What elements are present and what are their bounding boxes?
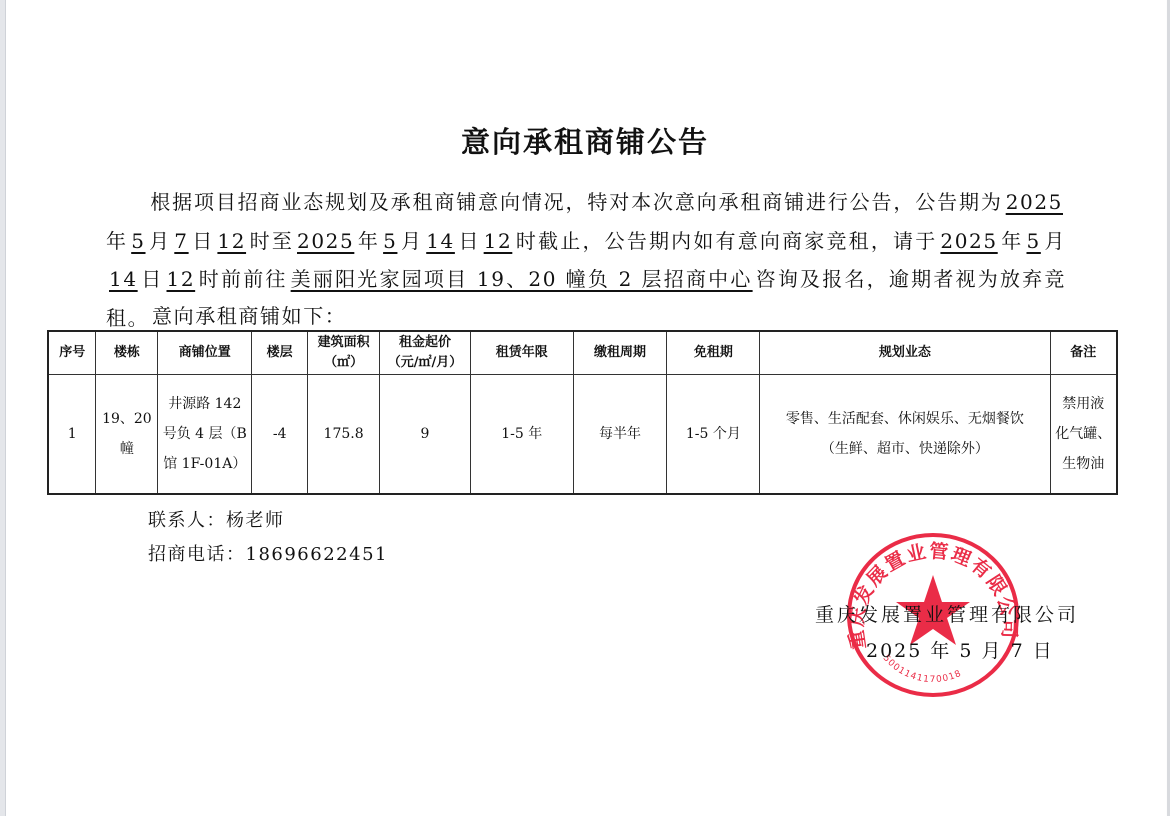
cell-building-line1: 19、20 <box>100 404 153 434</box>
header-area-line2: （㎡） <box>312 353 375 373</box>
header-rent-line2: （元/㎡/月） <box>384 353 466 373</box>
header-business: 规划业态 <box>760 331 1050 375</box>
text: 月 <box>1044 229 1066 253</box>
cell-business: 零售、生活配套、休闲娱乐、无烟餐饮（生鲜、超市、快递除外） <box>760 375 1050 495</box>
text: 日 <box>458 229 481 253</box>
cell-building-line2: 幢 <box>100 434 153 464</box>
cell-pay-cycle: 每半年 <box>573 375 667 495</box>
cell-remarks-line2: 化气罐、 <box>1055 419 1112 449</box>
cell-position-line1: 井源路 142 <box>162 389 247 419</box>
reg-year: 2025 <box>937 229 1000 253</box>
cell-position-line2: 号负 4 层（B <box>162 419 247 449</box>
header-no: 序号 <box>48 331 96 375</box>
contact-phone-label: 招商电话： <box>148 544 246 565</box>
text: 时截止，公告期内如有意向商家竞租，请于 <box>515 229 937 253</box>
header-floor: 楼层 <box>252 331 308 375</box>
header-free-period: 免租期 <box>667 331 760 375</box>
table-row: 1 19、20幢 井源路 142号负 4 层（B馆 1F-01A） -4 175… <box>48 375 1117 495</box>
cell-floor: -4 <box>252 375 308 495</box>
header-area-line1: 建筑面积 <box>312 333 375 353</box>
cell-no: 1 <box>48 375 96 495</box>
start-year: 2025 <box>1003 190 1066 214</box>
signature-date: 2025 年 5 月 7 日 <box>866 636 1054 663</box>
end-year: 2025 <box>294 229 357 253</box>
reg-hour: 12 <box>164 267 199 291</box>
cell-free-period: 1-5 个月 <box>667 375 760 495</box>
reg-month: 5 <box>1024 229 1044 253</box>
text: 日 <box>192 229 215 253</box>
cell-position: 井源路 142号负 4 层（B馆 1F-01A） <box>158 375 252 495</box>
end-hour: 12 <box>481 229 516 253</box>
reg-day: 14 <box>106 267 141 291</box>
text: 月 <box>149 229 172 253</box>
text: 年 <box>106 229 128 253</box>
text: 根据项目招商业态规划及承租商铺意向情况，特对本次意向承租商铺进行公告，公告期为 <box>150 190 1003 214</box>
start-day: 7 <box>171 229 191 253</box>
cell-remarks-line1: 禁用液 <box>1055 389 1112 419</box>
start-month: 5 <box>128 229 148 253</box>
cell-term: 1-5 年 <box>470 375 573 495</box>
text: 时前前往 <box>198 267 287 291</box>
document-title: 意向承租商铺公告 <box>0 120 1170 161</box>
header-remarks: 备注 <box>1050 331 1117 375</box>
header-rent: 租金起价（元/㎡/月） <box>380 331 471 375</box>
cell-business-line1: 零售、生活配套、休闲娱乐、无烟餐饮 <box>764 404 1045 434</box>
text: 年 <box>357 229 380 253</box>
cell-position-line3: 馆 1F-01A） <box>162 449 247 479</box>
contact-person-label: 联系人： <box>148 510 226 531</box>
header-term: 租赁年限 <box>470 331 573 375</box>
end-day: 14 <box>423 229 458 253</box>
start-hour: 12 <box>214 229 249 253</box>
header-building: 楼栋 <box>96 331 158 375</box>
signature-company: 重庆发展置业管理有限公司 <box>815 600 1079 627</box>
text: 月 <box>400 229 423 253</box>
cell-business-line2: （生鲜、超市、快递除外） <box>764 434 1045 464</box>
end-month: 5 <box>380 229 400 253</box>
contact-person-name: 杨老师 <box>226 510 285 531</box>
registration-location: 美丽阳光家园项目 19、20 幢负 2 层招商中心 <box>288 267 756 291</box>
header-area: 建筑面积（㎡） <box>308 331 380 375</box>
text: 时至 <box>249 229 294 253</box>
cell-rent: 9 <box>380 375 471 495</box>
cell-remarks: 禁用液化气罐、生物油 <box>1050 375 1117 495</box>
cell-remarks-line3: 生物油 <box>1055 449 1112 479</box>
header-pay-cycle: 缴租周期 <box>573 331 667 375</box>
header-rent-line1: 租金起价 <box>384 333 466 353</box>
text: 年 <box>1001 229 1024 253</box>
table-intro: 意向承租商铺如下： <box>152 300 346 329</box>
text: 日 <box>141 267 164 291</box>
contact-phone-number: 18696622451 <box>246 544 388 565</box>
table-header-row: 序号 楼栋 商铺位置 楼层 建筑面积（㎡） 租金起价（元/㎡/月） 租赁年限 缴… <box>48 331 1117 375</box>
contact-person: 联系人：杨老师 <box>148 506 285 532</box>
cell-building: 19、20幢 <box>96 375 158 495</box>
cell-area: 175.8 <box>308 375 380 495</box>
contact-phone: 招商电话：18696622451 <box>148 540 388 566</box>
shops-table: 序号 楼栋 商铺位置 楼层 建筑面积（㎡） 租金起价（元/㎡/月） 租赁年限 缴… <box>47 330 1118 495</box>
header-position: 商铺位置 <box>158 331 252 375</box>
